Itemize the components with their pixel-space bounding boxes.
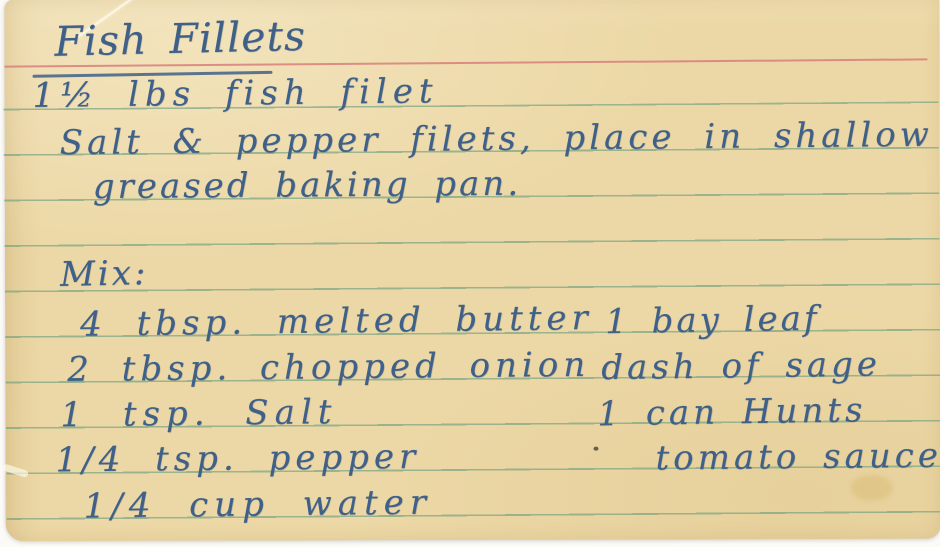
instruction-line-1: Salt & pepper filets, place in shallow	[60, 118, 933, 160]
mix-item-pepper: 1/4 tsp. pepper	[55, 440, 420, 478]
scan-background: Fish Fillets 1½ lbs fish filet Salt & pe…	[0, 0, 940, 547]
mix-item-tomato-sauce: tomato sauce	[655, 439, 940, 476]
mix-item-bay-leaf: 1 bay leaf	[605, 302, 820, 340]
mix-item-hunts-can: 1 can Hunts	[597, 393, 866, 431]
mix-item-salt: 1 tsp. Salt	[60, 395, 337, 432]
ingredient-line-fish: 1½ lbs fish filet	[32, 74, 438, 113]
ink-speck	[593, 447, 598, 451]
recipe-card: Fish Fillets 1½ lbs fish filet Salt & pe…	[4, 0, 940, 541]
mix-item-water: 1/4 cup water	[83, 486, 432, 524]
instruction-line-2: greased baking pan.	[93, 167, 522, 204]
mix-heading: Mix:	[60, 256, 149, 292]
recipe-title: Fish Fillets	[54, 16, 307, 63]
mix-item-sage: dash of sage	[601, 347, 881, 385]
mix-item-onion: 2 tbsp. chopped onion	[67, 348, 590, 387]
mix-item-butter: 4 tbsp. melted butter	[80, 301, 593, 342]
paper-stain	[851, 475, 893, 501]
